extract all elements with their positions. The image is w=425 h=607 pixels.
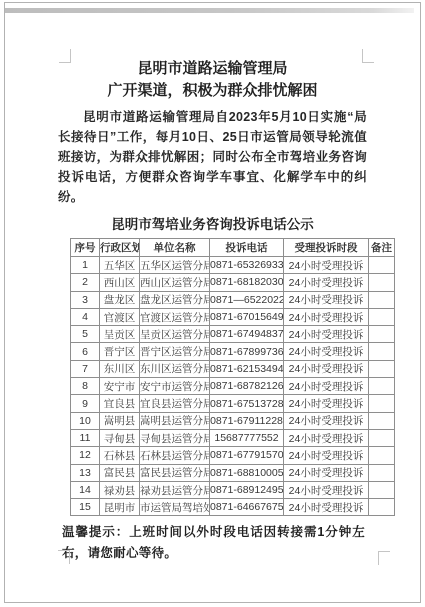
cell-district: 寻甸县 bbox=[100, 429, 140, 446]
cell-district: 五华区 bbox=[100, 257, 140, 274]
cell-note bbox=[369, 412, 395, 429]
table-row: 15昆明市市运管局驾培处0871-6466767524小时受理投诉 bbox=[71, 499, 395, 516]
cell-district: 安宁市 bbox=[100, 378, 140, 395]
cell-phone: 15687777552 bbox=[210, 429, 284, 446]
cell-hours: 24小时受理投诉 bbox=[284, 257, 369, 274]
cell-phone: 0871-65326933 bbox=[210, 257, 284, 274]
cell-phone: 0871—65220222 bbox=[210, 291, 284, 308]
cell-district: 呈贡区 bbox=[100, 326, 140, 343]
cell-unit: 禄劝县运管分局 bbox=[140, 481, 210, 498]
cell-hours: 24小时受理投诉 bbox=[284, 274, 369, 291]
cell-no: 10 bbox=[71, 412, 100, 429]
intro-paragraph: 昆明市道路运输管理局自2023年5月10日实施“局长接待日”工作，每月10日、2… bbox=[58, 107, 367, 207]
header-no: 序号 bbox=[71, 239, 100, 257]
table-row: 6晋宁区晋宁区运管分局0871-6789973624小时受理投诉 bbox=[71, 343, 395, 360]
header-hours: 受理投诉时段 bbox=[284, 239, 369, 257]
cell-unit: 寻甸县运管分局 bbox=[140, 429, 210, 446]
cell-phone: 0871-67899736 bbox=[210, 343, 284, 360]
cell-unit: 安宁市运管分局 bbox=[140, 378, 210, 395]
table-row: 7东川区东川区运管分局0871-6215349424小时受理投诉 bbox=[71, 360, 395, 377]
cell-no: 9 bbox=[71, 395, 100, 412]
phone-table-body: 1五华区五华区运管分局0871-6532693324小时受理投诉2西山区西山区运… bbox=[71, 257, 395, 516]
table-row: 9宜良县宜良县运管分局0871-6751372824小时受理投诉 bbox=[71, 395, 395, 412]
footer-note: 温馨提示：上班时间以外时段电话因转接需1分钟左右，请您耐心等待。 bbox=[62, 522, 365, 564]
cell-note bbox=[369, 481, 395, 498]
cell-hours: 24小时受理投诉 bbox=[284, 395, 369, 412]
cell-note bbox=[369, 395, 395, 412]
cell-phone: 0871-68810005 bbox=[210, 464, 284, 481]
table-row: 11寻甸县寻甸县运管分局1568777755224小时受理投诉 bbox=[71, 429, 395, 446]
cell-district: 富民县 bbox=[100, 464, 140, 481]
cell-hours: 24小时受理投诉 bbox=[284, 378, 369, 395]
cell-hours: 24小时受理投诉 bbox=[284, 447, 369, 464]
header-phone: 投诉电话 bbox=[210, 239, 284, 257]
cell-phone: 0871-68782126 bbox=[210, 378, 284, 395]
table-row: 1五华区五华区运管分局0871-6532693324小时受理投诉 bbox=[71, 257, 395, 274]
cell-district: 嵩明县 bbox=[100, 412, 140, 429]
cell-note bbox=[369, 326, 395, 343]
header-unit: 单位名称 bbox=[140, 239, 210, 257]
cell-unit: 盘龙区运管分局 bbox=[140, 291, 210, 308]
crop-mark-top-left bbox=[59, 49, 71, 63]
cell-hours: 24小时受理投诉 bbox=[284, 343, 369, 360]
cell-no: 6 bbox=[71, 343, 100, 360]
document-page: 昆明市道路运输管理局 广开渠道，积极为群众排忧解困 昆明市道路运输管理局自202… bbox=[4, 2, 421, 603]
cell-no: 13 bbox=[71, 464, 100, 481]
cell-note bbox=[369, 343, 395, 360]
cell-hours: 24小时受理投诉 bbox=[284, 481, 369, 498]
cell-district: 禄劝县 bbox=[100, 481, 140, 498]
table-row: 8安宁市安宁市运管分局0871-6878212624小时受理投诉 bbox=[71, 378, 395, 395]
cell-note bbox=[369, 257, 395, 274]
page-title: 昆明市道路运输管理局 bbox=[25, 59, 400, 79]
cell-unit: 石林县运管分局 bbox=[140, 447, 210, 464]
table-row: 5呈贡区呈贡区运管分局0871-6749483724小时受理投诉 bbox=[71, 326, 395, 343]
table-row: 2西山区西山区运管分局0871-6818203024小时受理投诉 bbox=[71, 274, 395, 291]
cell-note bbox=[369, 274, 395, 291]
cell-unit: 宜良县运管分局 bbox=[140, 395, 210, 412]
cell-phone: 0871-68182030 bbox=[210, 274, 284, 291]
table-row: 10嵩明县嵩明县运管分局0871-6791122824小时受理投诉 bbox=[71, 412, 395, 429]
cell-no: 11 bbox=[71, 429, 100, 446]
cell-unit: 呈贡区运管分局 bbox=[140, 326, 210, 343]
table-title: 昆明市驾培业务咨询投诉电话公示 bbox=[5, 216, 420, 233]
cell-phone: 0871-62153494 bbox=[210, 360, 284, 377]
cell-hours: 24小时受理投诉 bbox=[284, 464, 369, 481]
cell-district: 盘龙区 bbox=[100, 291, 140, 308]
crop-mark-top-right bbox=[362, 49, 374, 63]
scan-shadow bbox=[5, 8, 414, 13]
cell-note bbox=[369, 447, 395, 464]
cell-hours: 24小时受理投诉 bbox=[284, 412, 369, 429]
cell-district: 官渡区 bbox=[100, 308, 140, 325]
table-row: 12石林县石林县运管分局0871-6779157024小时受理投诉 bbox=[71, 447, 395, 464]
phone-table: 序号 行政区划 单位名称 投诉电话 受理投诉时段 备注 1五华区五华区运管分局0… bbox=[70, 238, 395, 516]
cell-unit: 嵩明县运管分局 bbox=[140, 412, 210, 429]
cell-note bbox=[369, 378, 395, 395]
cell-hours: 24小时受理投诉 bbox=[284, 326, 369, 343]
cell-unit: 晋宁区运管分局 bbox=[140, 343, 210, 360]
cell-no: 14 bbox=[71, 481, 100, 498]
cell-unit: 市运管局驾培处 bbox=[140, 499, 210, 516]
cell-note bbox=[369, 429, 395, 446]
cell-hours: 24小时受理投诉 bbox=[284, 360, 369, 377]
cell-phone: 0871-67911228 bbox=[210, 412, 284, 429]
cell-no: 5 bbox=[71, 326, 100, 343]
cell-no: 3 bbox=[71, 291, 100, 308]
cell-no: 1 bbox=[71, 257, 100, 274]
cell-hours: 24小时受理投诉 bbox=[284, 429, 369, 446]
table-row: 13富民县富民县运管分局0871-6881000524小时受理投诉 bbox=[71, 464, 395, 481]
cell-phone: 0871-67791570 bbox=[210, 447, 284, 464]
cell-unit: 富民县运管分局 bbox=[140, 464, 210, 481]
cell-district: 西山区 bbox=[100, 274, 140, 291]
header-district: 行政区划 bbox=[100, 239, 140, 257]
cell-note bbox=[369, 308, 395, 325]
table-row: 14禄劝县禄劝县运管分局0871-6891249524小时受理投诉 bbox=[71, 481, 395, 498]
cell-no: 12 bbox=[71, 447, 100, 464]
cell-unit: 五华区运管分局 bbox=[140, 257, 210, 274]
cell-hours: 24小时受理投诉 bbox=[284, 308, 369, 325]
cell-district: 东川区 bbox=[100, 360, 140, 377]
cell-phone: 0871-68912495 bbox=[210, 481, 284, 498]
cell-hours: 24小时受理投诉 bbox=[284, 291, 369, 308]
cell-unit: 官渡区运管分局 bbox=[140, 308, 210, 325]
cell-no: 7 bbox=[71, 360, 100, 377]
cell-note bbox=[369, 291, 395, 308]
cell-district: 晋宁区 bbox=[100, 343, 140, 360]
cell-phone: 0871-64667675 bbox=[210, 499, 284, 516]
table-row: 3盘龙区盘龙区运管分局0871—6522022224小时受理投诉 bbox=[71, 291, 395, 308]
cell-note bbox=[369, 499, 395, 516]
cell-note bbox=[369, 360, 395, 377]
cell-unit: 东川区运管分局 bbox=[140, 360, 210, 377]
cell-note bbox=[369, 464, 395, 481]
cell-hours: 24小时受理投诉 bbox=[284, 499, 369, 516]
crop-mark-bottom-right bbox=[378, 551, 390, 565]
table-row: 4官渡区官渡区运管分局0871-6701564924小时受理投诉 bbox=[71, 308, 395, 325]
cell-district: 昆明市 bbox=[100, 499, 140, 516]
cell-phone: 0871-67015649 bbox=[210, 308, 284, 325]
crop-mark-bottom-left bbox=[58, 550, 70, 564]
header-note: 备注 bbox=[369, 239, 395, 257]
cell-unit: 西山区运管分局 bbox=[140, 274, 210, 291]
cell-no: 4 bbox=[71, 308, 100, 325]
cell-no: 2 bbox=[71, 274, 100, 291]
cell-no: 15 bbox=[71, 499, 100, 516]
page-subtitle: 广开渠道，积极为群众排忧解困 bbox=[25, 81, 400, 101]
table-header-row: 序号 行政区划 单位名称 投诉电话 受理投诉时段 备注 bbox=[71, 239, 395, 257]
cell-phone: 0871-67513728 bbox=[210, 395, 284, 412]
cell-no: 8 bbox=[71, 378, 100, 395]
cell-district: 宜良县 bbox=[100, 395, 140, 412]
cell-phone: 0871-67494837 bbox=[210, 326, 284, 343]
cell-district: 石林县 bbox=[100, 447, 140, 464]
